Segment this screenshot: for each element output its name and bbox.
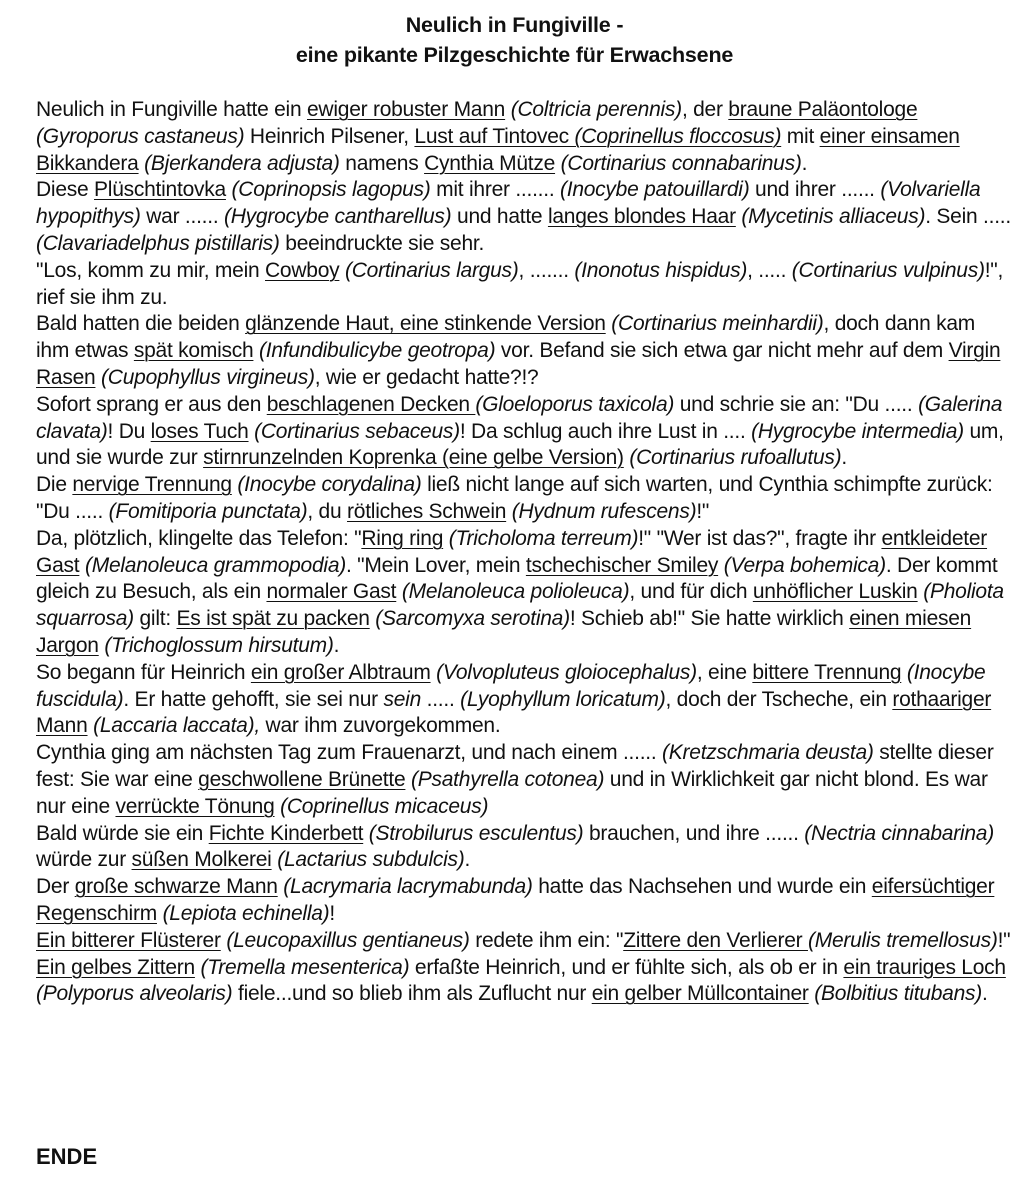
story-paragraph: Sofort sprang er aus den beschlagenen De… <box>36 392 1011 472</box>
text-run: , eine <box>697 661 752 684</box>
text-run: fiele...und so blieb ihm als Zuflucht nu… <box>232 982 591 1005</box>
text-run: war ...... <box>141 205 224 228</box>
story-title: Neulich in Fungiville - eine pikante Pil… <box>0 10 1029 70</box>
story-paragraph: Bald hatten die beiden glänzende Haut, e… <box>36 311 1011 391</box>
species-name: (Infundibulicybe geotropa) <box>259 339 495 362</box>
text-run: . <box>841 446 847 469</box>
species-name: (Lactarius subdulcis) <box>277 848 464 871</box>
underlined-phrase: spät komisch <box>134 339 254 362</box>
species-name: (Inocybe patouillardi) <box>560 178 749 201</box>
text-run: Cynthia ging am nächsten Tag zum Frauena… <box>36 741 662 764</box>
text-run: und schrie sie an: "Du ..... <box>674 393 918 416</box>
species-name: (Lyophyllum loricatum) <box>460 688 665 711</box>
text-run: Sofort sprang er aus den <box>36 393 267 416</box>
document-page: Neulich in Fungiville - eine pikante Pil… <box>0 0 1029 1200</box>
species-name: (Bjerkandera adjusta) <box>144 152 340 175</box>
species-name: (Tremella mesenterica) <box>201 956 410 979</box>
text-run: ! Du <box>108 420 151 443</box>
species-name: (Merulis tremellosus) <box>808 929 998 952</box>
species-name: (Melanoleuca polioleuca) <box>402 580 629 603</box>
species-name: (Bolbitius titubans) <box>814 982 982 1005</box>
underlined-phrase: bittere Trennung <box>752 661 901 684</box>
underlined-phrase: verrückte Tönung <box>115 795 274 818</box>
text-run: mit ihrer ....... <box>431 178 560 201</box>
species-name: (Leucopaxillus gentianeus) <box>226 929 469 952</box>
species-name: (Cortinarius sebaceus) <box>254 420 460 443</box>
underlined-phrase: ein trauriges Loch <box>843 956 1005 979</box>
text-run: Heinrich Pilsener, <box>244 125 414 148</box>
underlined-phrase: Zittere den Verlierer <box>623 929 808 952</box>
underlined-phrase: Cynthia Mütze <box>424 152 555 175</box>
species-name: (Verpa bohemica) <box>724 554 886 577</box>
species-name: (Kretzschmaria deusta) <box>662 741 874 764</box>
text-run: war ihm zuvorgekommen. <box>260 714 501 737</box>
story-paragraph: Die nervige Trennung (Inocybe corydalina… <box>36 472 1011 526</box>
underlined-phrase: Fichte Kinderbett <box>209 822 364 845</box>
text-run: , wie er gedacht hatte?!? <box>315 366 539 389</box>
text-run: und ihrer ...... <box>749 178 880 201</box>
underlined-phrase: nervige Trennung <box>72 473 231 496</box>
species-name: (Inonotus hispidus) <box>574 259 747 282</box>
underlined-phrase: Plüschtintovka <box>94 178 226 201</box>
species-name: (Hydnum rufescens) <box>512 500 697 523</box>
underlined-phrase: braune Paläontologe <box>728 98 917 121</box>
underlined-phrase: normaler Gast <box>266 580 396 603</box>
underlined-phrase: ein großer Albtraum <box>251 661 431 684</box>
text-run: ..... <box>421 688 460 711</box>
text-run: gilt: <box>134 607 177 630</box>
text-run: ! <box>329 902 335 925</box>
underlined-phrase: Cowboy <box>265 259 339 282</box>
species-name: (Lepiota echinella) <box>163 902 330 925</box>
underlined-phrase: ewiger robuster Mann <box>307 98 505 121</box>
species-name: (Lacrymaria lacrymabunda) <box>283 875 532 898</box>
underlined-phrase: Lust auf Tintovec <box>414 125 574 148</box>
text-run: . Er hatte gehofft, sie sei nur <box>123 688 383 711</box>
text-run: "Los, komm zu mir, mein <box>36 259 265 282</box>
story-paragraph: Bald würde sie ein Fichte Kinderbett (St… <box>36 821 1011 875</box>
species-name: (Psathyrella cotonea) <box>411 768 604 791</box>
text-run: . <box>982 982 988 1005</box>
species-name: (Nectria cinnabarina) <box>804 822 994 845</box>
text-run: !" "Wer ist das?", fragte ihr <box>638 527 881 550</box>
text-run: . Sein ..... <box>925 205 1011 228</box>
species-name: (Coltricia perennis) <box>511 98 682 121</box>
text-run: , doch der Tscheche, ein <box>665 688 892 711</box>
species-name: (Strobilurus esculentus) <box>369 822 584 845</box>
text-run: Neulich in Fungiville hatte ein <box>36 98 307 121</box>
text-run: mit <box>781 125 819 148</box>
text-run: Bald hatten die beiden <box>36 312 245 335</box>
text-run: würde zur <box>36 848 132 871</box>
species-name: (Cortinarius largus) <box>345 259 519 282</box>
species-name: (Coprinellus micaceus) <box>280 795 488 818</box>
story-paragraph: Cynthia ging am nächsten Tag zum Frauena… <box>36 740 1011 820</box>
story-paragraph: Neulich in Fungiville hatte ein ewiger r… <box>36 97 1011 177</box>
underlined-phrase: (Coprinellus floccosus) <box>575 125 782 148</box>
title-line-1: Neulich in Fungiville - <box>0 10 1029 40</box>
story-ending: ENDE <box>36 1143 97 1171</box>
underlined-phrase: Es ist spät zu packen <box>177 607 370 630</box>
underlined-phrase: Ring ring <box>361 527 443 550</box>
species-name: (Coprinopsis lagopus) <box>232 178 431 201</box>
text-run: beeindruckte sie sehr. <box>280 232 484 255</box>
species-name: (Fomitiporia punctata) <box>109 500 308 523</box>
underlined-phrase: Ein gelbes Zittern <box>36 956 195 979</box>
underlined-phrase: stirnrunzelnden Koprenka (eine gelbe Ver… <box>203 446 624 469</box>
species-name: (Laccaria laccata), <box>93 714 260 737</box>
species-name: (Melanoleuca grammopodia) <box>85 554 346 577</box>
species-name: (Gyroporus castaneus) <box>36 125 244 148</box>
underlined-phrase: loses Tuch <box>151 420 249 443</box>
text-run: hatte das Nachsehen und wurde ein <box>533 875 872 898</box>
story-body: Neulich in Fungiville hatte ein ewiger r… <box>36 97 1011 1008</box>
underlined-phrase: glänzende Haut, eine stinkende Version <box>245 312 606 335</box>
text-run: Da, plötzlich, klingelte das Telefon: " <box>36 527 361 550</box>
text-run: erfaßte Heinrich, und er fühlte sich, al… <box>409 956 843 979</box>
species-name: (Trichoglossum hirsutum) <box>104 634 333 657</box>
species-name: (Cupophyllus virgineus) <box>101 366 315 389</box>
text-run: vor. Befand sie sich etwa gar nicht mehr… <box>495 339 948 362</box>
species-name: (Tricholoma terreum) <box>449 527 638 550</box>
text-run: . <box>802 152 808 175</box>
story-paragraph: Diese Plüschtintovka (Coprinopsis lagopu… <box>36 177 1011 257</box>
text-run: . "Mein Lover, mein <box>346 554 526 577</box>
underlined-phrase: langes blondes Haar <box>548 205 736 228</box>
species-name: (Inocybe corydalina) <box>237 473 421 496</box>
underlined-phrase: beschlagenen Decken <box>267 393 476 416</box>
text-run: ! Da schlug auch ihre Lust in .... <box>460 420 751 443</box>
story-paragraph: Der große schwarze Mann (Lacrymaria lacr… <box>36 874 1011 928</box>
species-name: (Cortinarius meinhardii) <box>611 312 823 335</box>
species-name: (Cortinarius rufoallutus) <box>629 446 841 469</box>
text-run: , der <box>682 98 728 121</box>
text-run: Die <box>36 473 72 496</box>
species-name: (Cortinarius connabarinus) <box>561 152 802 175</box>
text-run: Der <box>36 875 75 898</box>
story-paragraph: So begann für Heinrich ein großer Albtra… <box>36 660 1011 740</box>
species-name: (Mycetinis alliaceus) <box>741 205 925 228</box>
underlined-phrase: ein gelber Müllcontainer <box>592 982 809 1005</box>
text-run: , ..... <box>747 259 792 282</box>
text-run: ! Schieb ab!" Sie hatte wirklich <box>570 607 849 630</box>
text-run: Diese <box>36 178 94 201</box>
text-run: . <box>334 634 340 657</box>
species-name: (Hygrocybe intermedia) <box>751 420 964 443</box>
text-run: und hatte <box>451 205 548 228</box>
text-run: brauchen, und ihre ...... <box>583 822 804 845</box>
text-run: So begann für Heinrich <box>36 661 251 684</box>
text-run: , und für dich <box>629 580 753 603</box>
species-name: (Gloeloporus taxicola) <box>475 393 674 416</box>
text-run: , du <box>307 500 347 523</box>
underlined-phrase: süßen Molkerei <box>132 848 272 871</box>
text-run: namens <box>340 152 424 175</box>
text-run: . <box>465 848 471 871</box>
title-line-2: eine pikante Pilzgeschichte für Erwachse… <box>0 40 1029 70</box>
text-run: !" <box>998 929 1011 952</box>
species-name: (Hygrocybe cantharellus) <box>224 205 451 228</box>
underlined-phrase: tschechischer Smiley <box>526 554 718 577</box>
species-name: (Volvopluteus gloiocephalus) <box>436 661 697 684</box>
text-run: , ....... <box>519 259 575 282</box>
underlined-phrase: große schwarze Mann <box>75 875 278 898</box>
species-name: (Sarcomyxa serotina) <box>375 607 570 630</box>
story-paragraph: Da, plötzlich, klingelte das Telefon: "R… <box>36 526 1011 660</box>
story-paragraph: "Los, komm zu mir, mein Cowboy (Cortinar… <box>36 258 1011 312</box>
species-name: (Cortinarius vulpinus) <box>792 259 985 282</box>
species-name: (Polyporus alveolaris) <box>36 982 232 1005</box>
text-run: !" <box>696 500 709 523</box>
species-name: (Clavariadelphus pistillaris) <box>36 232 280 255</box>
text-run: redete ihm ein: " <box>470 929 624 952</box>
story-paragraph: Ein bitterer Flüsterer (Leucopaxillus ge… <box>36 928 1011 1008</box>
text-run: Bald würde sie ein <box>36 822 209 845</box>
underlined-phrase: geschwollene Brünette <box>198 768 405 791</box>
underlined-phrase: Ein bitterer Flüsterer <box>36 929 221 952</box>
underlined-phrase: rötliches Schwein <box>347 500 506 523</box>
underlined-phrase: unhöflicher Luskin <box>753 580 918 603</box>
species-name: sein <box>384 688 422 711</box>
